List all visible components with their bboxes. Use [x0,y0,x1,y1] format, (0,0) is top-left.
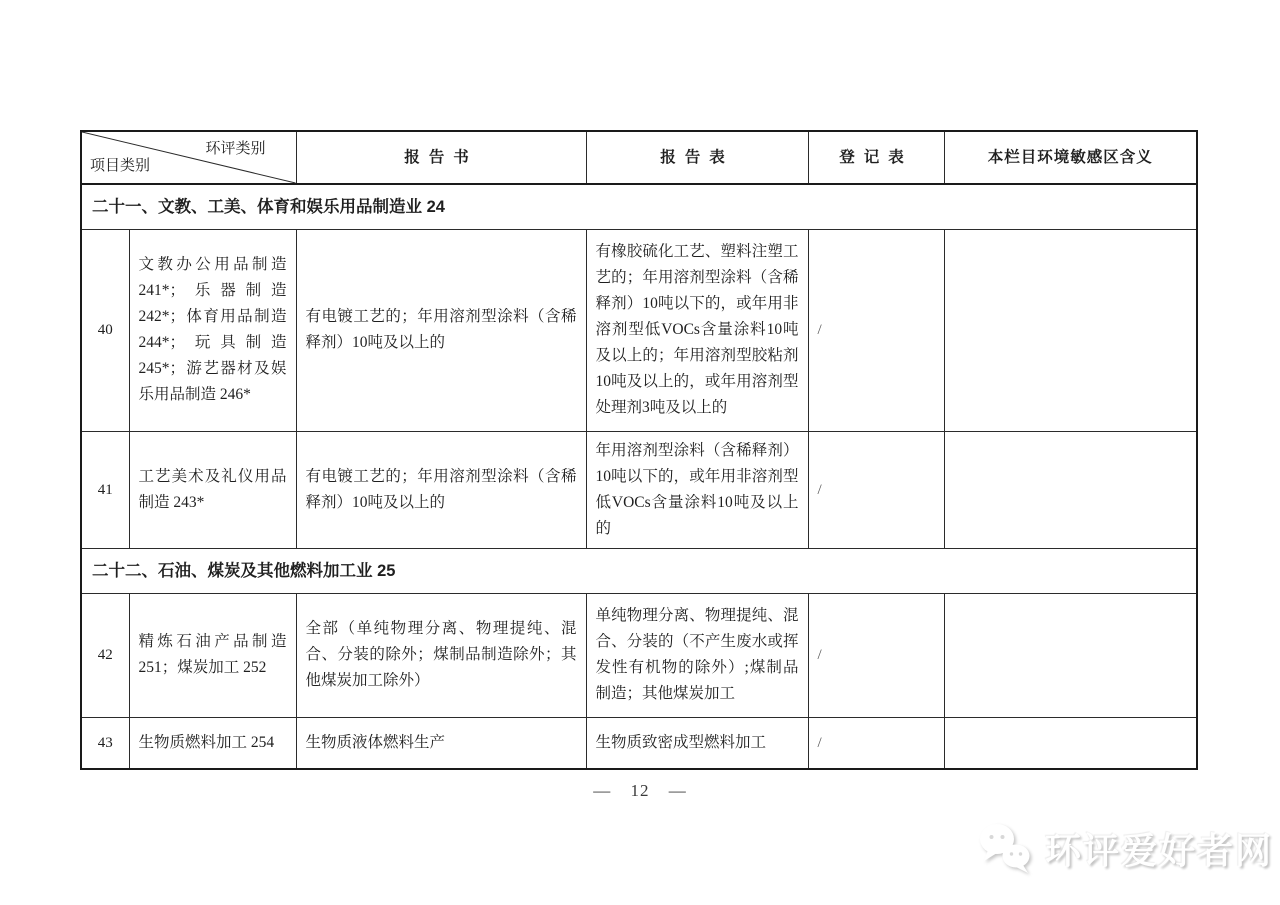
chat-bubbles-icon [975,818,1037,878]
sensitive-area-cell [944,717,1197,769]
header-registration-form: 登记表 [808,131,944,184]
header-project-category-label: 项目类别 [90,153,150,179]
report-form-cell: 生物质致密成型燃料加工 [586,717,808,769]
header-row: 环评类别 项目类别 报告书 报告表 登记表 本栏目环境敏感区含义 [81,131,1197,184]
section-header-row: 二十二、石油、煤炭及其他燃料加工业 25 [81,548,1197,593]
sensitive-area-cell [944,431,1197,548]
watermark-text: 环评爱好者网 [1045,823,1273,874]
section-title: 二十一、文教、工美、体育和娱乐用品制造业 24 [81,184,1197,229]
site-watermark: 环评爱好者网 [975,818,1273,878]
row-number-cell: 43 [81,717,129,769]
eia-category-table: 环评类别 项目类别 报告书 报告表 登记表 本栏目环境敏感区含义 二十一、文教、… [80,130,1198,770]
table-row: 42 精炼石油产品制造 251；煤炭加工 252 全部（单纯物理分离、物理提纯、… [81,593,1197,717]
project-category-cell: 工艺美术及礼仪用品制造 243* [129,431,296,548]
report-form-cell: 单纯物理分离、物理提纯、混合、分装的（不产生废水或挥发性有机物的除外）;煤制品制… [586,593,808,717]
page-number: — 12 — [0,781,1280,801]
header-report-book: 报告书 [296,131,586,184]
catalog-table-container: 环评类别 项目类别 报告书 报告表 登记表 本栏目环境敏感区含义 二十一、文教、… [80,130,1198,770]
header-report-form: 报告表 [586,131,808,184]
row-number-cell: 41 [81,431,129,548]
project-category-cell: 精炼石油产品制造 251；煤炭加工 252 [129,593,296,717]
registration-form-cell: / [808,229,944,431]
sensitive-area-cell [944,593,1197,717]
header-eia-category-label: 环评类别 [205,136,265,162]
report-book-cell: 有电镀工艺的；年用溶剂型涂料（含稀释剂）10吨及以上的 [296,431,586,548]
diagonal-header-cell: 环评类别 项目类别 [81,131,296,184]
project-category-cell: 文教办公用品制造 241*；乐器制造 242*；体育用品制造 244*；玩具制造… [129,229,296,431]
registration-form-cell: / [808,431,944,548]
header-sensitive-meaning: 本栏目环境敏感区含义 [944,131,1197,184]
section-title: 二十二、石油、煤炭及其他燃料加工业 25 [81,548,1197,593]
report-book-cell: 生物质液体燃料生产 [296,717,586,769]
section-header-row: 二十一、文教、工美、体育和娱乐用品制造业 24 [81,184,1197,229]
table-row: 40 文教办公用品制造 241*；乐器制造 242*；体育用品制造 244*；玩… [81,229,1197,431]
report-form-cell: 有橡胶硫化工艺、塑料注塑工艺的；年用溶剂型涂料（含稀释剂）10吨以下的，或年用非… [586,229,808,431]
registration-form-cell: / [808,717,944,769]
registration-form-cell: / [808,593,944,717]
report-book-cell: 有电镀工艺的；年用溶剂型涂料（含稀释剂）10吨及以上的 [296,229,586,431]
row-number-cell: 40 [81,229,129,431]
sensitive-area-cell [944,229,1197,431]
row-number-cell: 42 [81,593,129,717]
table-row: 43 生物质燃料加工 254 生物质液体燃料生产 生物质致密成型燃料加工 / [81,717,1197,769]
table-body: 二十一、文教、工美、体育和娱乐用品制造业 24 40 文教办公用品制造 241*… [81,184,1197,769]
project-category-cell: 生物质燃料加工 254 [129,717,296,769]
table-row: 41 工艺美术及礼仪用品制造 243* 有电镀工艺的；年用溶剂型涂料（含稀释剂）… [81,431,1197,548]
report-form-cell: 年用溶剂型涂料（含稀释剂）10吨以下的，或年用非溶剂型低VOCs含量涂料10吨及… [586,431,808,548]
report-book-cell: 全部（单纯物理分离、物理提纯、混合、分装的除外；煤制品制造除外；其他煤炭加工除外… [296,593,586,717]
